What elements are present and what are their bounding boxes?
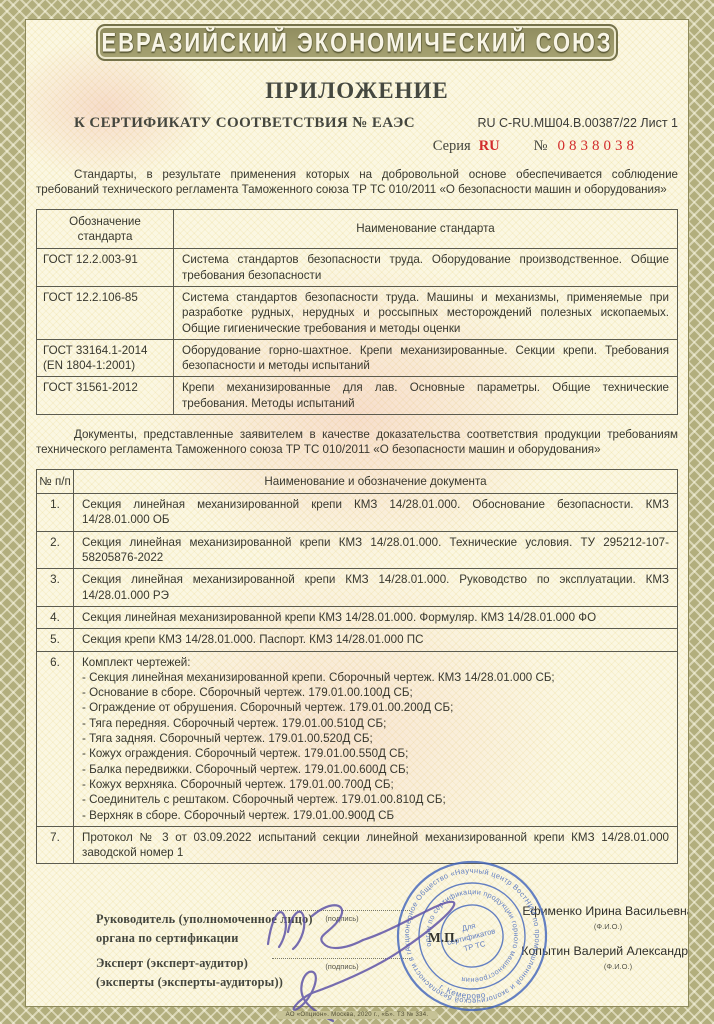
certificate-label: К СЕРТИФИКАТУ СООТВЕТСТВИЯ № ЕАЭС (74, 115, 415, 132)
table-row: 4.Секция линейная механизированной крепи… (37, 606, 678, 628)
table-cell: Система стандартов безопасности труда. О… (174, 249, 678, 287)
head-name: Ефименко Ирина Васильевна (488, 904, 688, 918)
table-cell: Оборудование горно-шахтное. Крепи механи… (174, 339, 678, 377)
table-row: 7.Протокол № 3 от 03.09.2022 испытаний с… (37, 826, 678, 864)
table-cell: Протокол № 3 от 03.09.2022 испытаний сек… (74, 826, 678, 864)
table-cell: ГОСТ 12.2.003-91 (37, 249, 174, 287)
expert-signature-line (272, 958, 410, 959)
expert-signature-caption: (подпись) (292, 962, 392, 971)
table-cell: ГОСТ 33164.1-2014 (EN 1804-1:2001) (37, 339, 174, 377)
table-cell: Секция линейная механизированной крепи К… (74, 569, 678, 607)
document-title: ПРИЛОЖЕНИЕ (36, 78, 678, 104)
table-cell: Секция линейная механизированной крепи К… (74, 531, 678, 569)
certificate-number: RU C-RU.МШ04.В.00387/22 Лист 1 (478, 116, 679, 130)
table-row: 3.Секция линейная механизированной крепи… (37, 569, 678, 607)
documents-table: № п/п Наименование и обозначение докумен… (36, 469, 678, 865)
head-signature-line (272, 910, 410, 911)
standards-intro-paragraph: Стандарты, в результате применения котор… (36, 167, 678, 198)
docs-col-num-header: № п/п (37, 469, 74, 493)
table-cell: 6. (37, 651, 74, 826)
documents-intro-paragraph: Документы, представленные заявителем в к… (36, 427, 678, 458)
table-row: ГОСТ 12.2.106-85Система стандартов безоп… (37, 287, 678, 340)
table-row: 5.Секция крепи КМЗ 14/28.01.000. Паспорт… (37, 629, 678, 651)
signature-block: Руководитель (уполномоченное лицо) орган… (36, 872, 678, 1000)
expert-name: Копытин Валерий Александрович (488, 944, 688, 958)
standards-col-name-header: Наименование стандарта (174, 209, 678, 249)
eaeu-banner-text: ЕВРАЗИЙСКИЙ ЭКОНОМИЧЕСКИЙ СОЮЗ (101, 27, 612, 59)
table-row: ГОСТ 12.2.003-91Система стандартов безоп… (37, 249, 678, 287)
table-cell: ГОСТ 31561-2012 (37, 377, 174, 415)
head-name-caption: (Ф.И.О.) (488, 922, 688, 931)
head-signature-caption: (подпись) (292, 914, 392, 923)
table-cell: Система стандартов безопасности труда. М… (174, 287, 678, 340)
docs-col-name-header: Наименование и обозначение документа (74, 469, 678, 493)
table-cell: Секция крепи КМЗ 14/28.01.000. Паспорт. … (74, 629, 678, 651)
certificate-page: ЕВРАЗИЙСКИЙ ЭКОНОМИЧЕСКИЙ СОЮЗ ПРИЛОЖЕНИ… (0, 0, 714, 1024)
table-row: ГОСТ 31561-2012Крепи механизированные дл… (37, 377, 678, 415)
eaeu-header-banner: ЕВРАЗИЙСКИЙ ЭКОНОМИЧЕСКИЙ СОЮЗ (96, 24, 618, 61)
table-cell: 5. (37, 629, 74, 651)
expert-role-line2: (эксперты (эксперты-аудиторы)) (96, 973, 346, 991)
blank-number: 0838038 (558, 138, 639, 155)
table-cell: Секция линейная механизированной крепи К… (74, 494, 678, 532)
table-cell: 4. (37, 606, 74, 628)
certificate-number-line: К СЕРТИФИКАТУ СООТВЕТСТВИЯ № ЕАЭС RU C-R… (36, 115, 678, 132)
number-sign: № (534, 138, 548, 155)
standards-col-code-header: Обозначение стандарта (37, 209, 174, 249)
certificate-content: ЕВРАЗИЙСКИЙ ЭКОНОМИЧЕСКИЙ СОЮЗ ПРИЛОЖЕНИ… (26, 20, 688, 1006)
stamp-place-label: М.П. (428, 930, 458, 946)
table-row: ГОСТ 33164.1-2014 (EN 1804-1:2001)Оборуд… (37, 339, 678, 377)
table-cell: ГОСТ 12.2.106-85 (37, 287, 174, 340)
table-cell: 3. (37, 569, 74, 607)
table-row: 2.Секция линейная механизированной крепи… (37, 531, 678, 569)
table-header-row: Обозначение стандарта Наименование станд… (37, 209, 678, 249)
table-cell: Секция линейная механизированной крепи К… (74, 606, 678, 628)
table-cell: 1. (37, 494, 74, 532)
table-header-row: № п/п Наименование и обозначение докумен… (37, 469, 678, 493)
table-row: 1.Секция линейная механизированной крепи… (37, 494, 678, 532)
table-cell: 7. (37, 826, 74, 864)
standards-table: Обозначение стандарта Наименование станд… (36, 209, 678, 415)
series-label: Серия (433, 138, 471, 155)
table-cell: Комплект чертежей:- Секция линейная меха… (74, 651, 678, 826)
series-line: Серия RU № 0838038 (36, 138, 638, 155)
table-row: 6.Комплект чертежей:- Секция линейная ме… (37, 651, 678, 826)
table-cell: 2. (37, 531, 74, 569)
printer-imprint-microtext: АО «Опцион». Москва, 2020 г., «Б». ТЗ № … (277, 1011, 438, 1019)
expert-name-caption: (Ф.И.О.) (488, 962, 688, 971)
series-value: RU (479, 138, 500, 155)
table-cell: Крепи механизированные для лав. Основные… (174, 377, 678, 415)
